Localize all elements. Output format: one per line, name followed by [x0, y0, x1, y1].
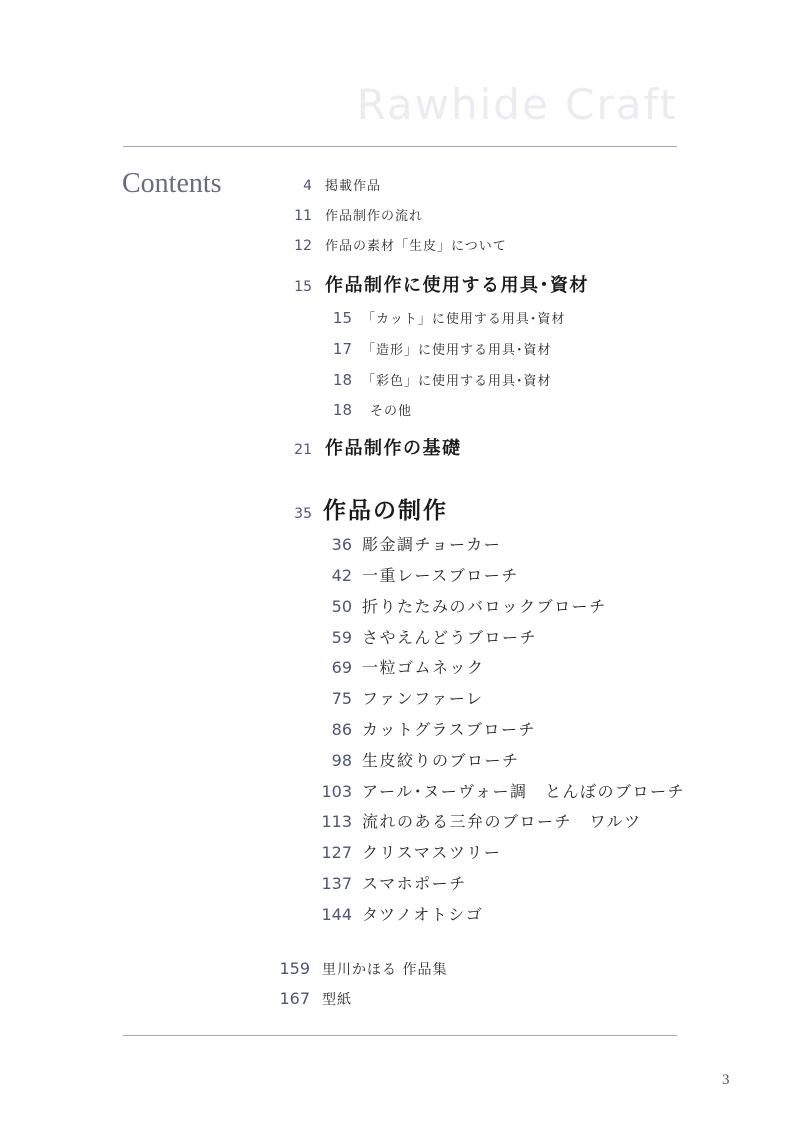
page-number: 35 — [287, 506, 312, 522]
entry-title: カットグラスブローチ — [362, 717, 536, 740]
folio-page-number: 3 — [722, 1072, 730, 1089]
entry-title: タツノオトシゴ — [362, 902, 483, 925]
toc-section-tools[interactable]: 15 作品制作に使用する用具･資材 — [287, 271, 589, 297]
toc-entry[interactable]: 12 作品の素材「生皮」について — [287, 235, 507, 254]
toc-entry[interactable]: 98 生皮絞りのブローチ — [312, 748, 520, 771]
contents-heading: Contents — [122, 166, 222, 202]
entry-title: 折りたたみのバロックブローチ — [362, 594, 607, 617]
page-number: 69 — [312, 658, 352, 677]
toc-entry[interactable]: 59 さやえんどうブローチ — [312, 625, 537, 648]
toc-entry[interactable]: 69 一粒ゴムネック — [312, 655, 485, 678]
page-number: 11 — [287, 208, 312, 224]
book-title-watermark: Rawhide Craft — [357, 80, 678, 130]
bottom-divider — [123, 1035, 677, 1036]
entry-title: スマホポーチ — [362, 871, 467, 894]
toc-entry[interactable]: 113 流れのある三弁のブローチ ワルツ — [312, 809, 642, 832]
entry-title: 里川かほる 作品集 — [322, 959, 447, 979]
toc-entry[interactable]: 86 カットグラスブローチ — [312, 717, 536, 740]
entry-title: 作品の素材「生皮」について — [325, 235, 507, 254]
page-number: 144 — [312, 905, 352, 924]
page-number: 127 — [312, 843, 352, 862]
page-number: 4 — [287, 178, 312, 194]
entry-title: 掲載作品 — [325, 175, 381, 194]
section-title: 作品制作に使用する用具･資材 — [325, 271, 589, 297]
page-number: 17 — [312, 340, 352, 358]
page-number: 59 — [312, 628, 352, 647]
page-number: 86 — [312, 720, 352, 739]
toc-entry[interactable]: 103 アール･ヌーヴォー調 とんぼのブローチ — [312, 779, 685, 802]
page-number: 159 — [271, 959, 310, 978]
entry-title: ファンファーレ — [362, 686, 484, 709]
toc-entry[interactable]: 18 「彩色」に使用する用具･資材 — [312, 370, 552, 389]
entry-title: 生皮絞りのブローチ — [362, 748, 520, 771]
page-number: 36 — [312, 535, 352, 554]
section-title: 作品の制作 — [323, 492, 448, 525]
page-number: 18 — [312, 401, 352, 419]
page-number: 50 — [312, 597, 352, 616]
entry-title: 彫金調チョーカー — [362, 532, 501, 555]
toc-entry[interactable]: 36 彫金調チョーカー — [312, 532, 501, 555]
toc-entry[interactable]: 167 型紙 — [271, 989, 352, 1009]
page-number: 12 — [287, 238, 312, 254]
page-number: 103 — [312, 782, 352, 801]
toc-entry[interactable]: 137 スマホポーチ — [312, 871, 467, 894]
page-number: 113 — [312, 812, 352, 831]
toc-entry[interactable]: 75 ファンファーレ — [312, 686, 484, 709]
page-number: 15 — [312, 309, 352, 327]
page-number: 21 — [287, 442, 312, 458]
toc-entry[interactable]: 42 一重レースブローチ — [312, 563, 519, 586]
page-number: 98 — [312, 751, 352, 770]
entry-title: 作品制作の流れ — [325, 205, 423, 224]
entry-title: 流れのある三弁のブローチ ワルツ — [362, 809, 642, 832]
entry-title: アール･ヌーヴォー調 とんぼのブローチ — [362, 779, 685, 802]
toc-entry[interactable]: 50 折りたたみのバロックブローチ — [312, 594, 607, 617]
toc-section-basics[interactable]: 21 作品制作の基礎 — [287, 434, 462, 460]
page-number: 15 — [287, 279, 312, 295]
entry-title: 「カット」に使用する用具･資材 — [362, 308, 565, 327]
page-number: 137 — [312, 874, 352, 893]
toc-section-works[interactable]: 35 作品の制作 — [287, 492, 448, 525]
section-title: 作品制作の基礎 — [325, 434, 462, 460]
toc-entry[interactable]: 18 その他 — [312, 400, 412, 419]
page-number: 167 — [271, 989, 310, 1008]
toc-entry[interactable]: 159 里川かほる 作品集 — [271, 959, 447, 979]
toc-entry[interactable]: 127 クリスマスツリー — [312, 840, 501, 863]
toc-entry[interactable]: 144 タツノオトシゴ — [312, 902, 483, 925]
entry-title: 「彩色」に使用する用具･資材 — [362, 370, 552, 389]
page-number: 42 — [312, 566, 352, 585]
toc-entry[interactable]: 17 「造形」に使用する用具･資材 — [312, 339, 552, 358]
entry-title: その他 — [362, 400, 412, 419]
toc-entry[interactable]: 15 「カット」に使用する用具･資材 — [312, 308, 565, 327]
toc-entry[interactable]: 11 作品制作の流れ — [287, 205, 423, 224]
page-number: 75 — [312, 689, 352, 708]
entry-title: 一粒ゴムネック — [362, 655, 485, 678]
entry-title: 型紙 — [322, 989, 352, 1009]
top-divider — [123, 146, 677, 147]
toc-entry[interactable]: 4 掲載作品 — [287, 175, 381, 194]
entry-title: 「造形」に使用する用具･資材 — [362, 339, 552, 358]
entry-title: 一重レースブローチ — [362, 563, 519, 586]
entry-title: さやえんどうブローチ — [362, 625, 537, 648]
entry-title: クリスマスツリー — [362, 840, 501, 863]
page-number: 18 — [312, 371, 352, 389]
